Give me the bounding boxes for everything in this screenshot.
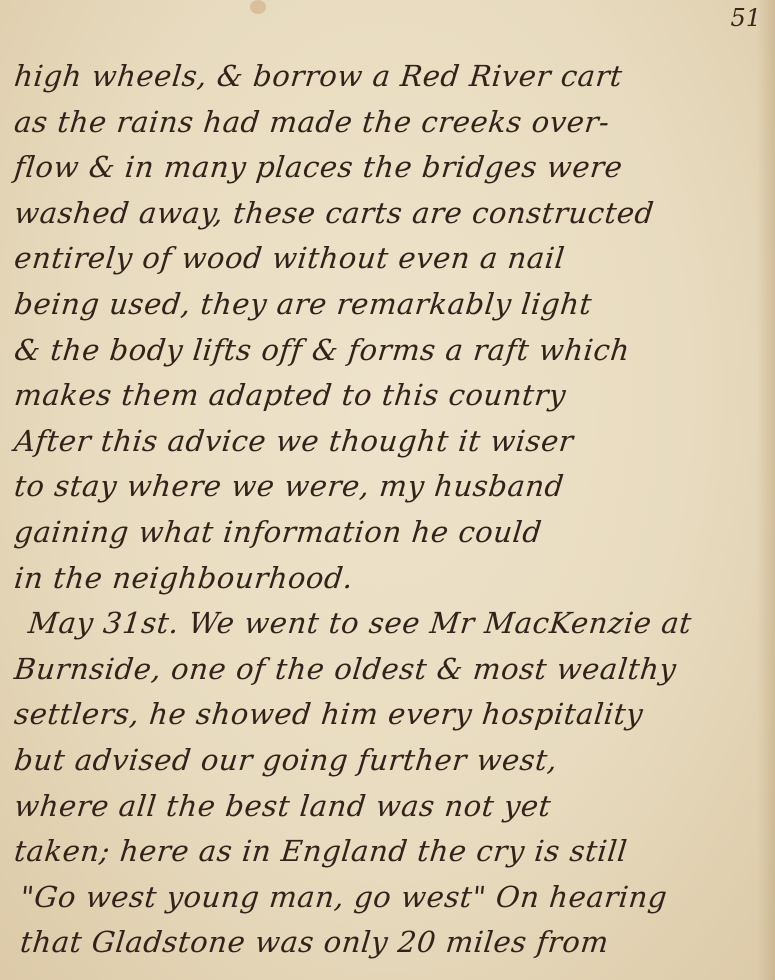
text-line: where all the best land was not yet [12, 784, 775, 830]
text-line: makes them adapted to this country [12, 373, 775, 419]
manuscript-page: 51 high wheels, & borrow a Red River car… [0, 0, 775, 980]
text-line: washed away, these carts are constructed [12, 191, 775, 237]
text-line: settlers, he showed him every hospitalit… [12, 692, 775, 738]
text-line: that Gladstone was only 20 miles from [12, 920, 775, 966]
text-line-dated-entry: May 31st. We went to see Mr MacKenzie at [12, 601, 775, 647]
text-line: being used, they are remarkably light [12, 282, 775, 328]
text-line: to stay where we were, my husband [12, 464, 775, 510]
text-line: entirely of wood without even a nail [12, 236, 775, 282]
text-line: but advised our going further west, [12, 738, 775, 784]
handwritten-text-block: high wheels, & borrow a Red River cart a… [12, 54, 772, 966]
text-line: taken; here as in England the cry is sti… [12, 829, 775, 875]
text-line: in the neighbourhood. [12, 556, 775, 602]
text-line: as the rains had made the creeks over- [12, 100, 775, 146]
paper-stain [250, 0, 266, 14]
text-line: & the body lifts off & forms a raft whic… [12, 328, 775, 374]
text-line: After this advice we thought it wiser [12, 419, 775, 465]
page-number: 51 [730, 4, 761, 32]
text-line: gaining what information he could [12, 510, 775, 556]
text-line-quote: "Go west young man, go west" On hearing [12, 875, 775, 921]
text-line: high wheels, & borrow a Red River cart [12, 54, 775, 100]
text-line: Burnside, one of the oldest & most wealt… [12, 647, 775, 693]
text-line: flow & in many places the bridges were [12, 145, 775, 191]
